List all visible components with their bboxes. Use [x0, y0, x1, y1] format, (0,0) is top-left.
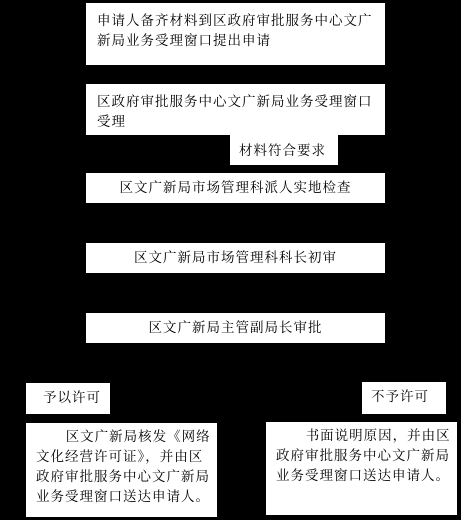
- step-initial-review-text: 区文广新局市场管理科科长初审: [134, 248, 337, 268]
- step-inspect: 区文广新局市场管理科派人实地检查: [86, 173, 385, 203]
- step-inspect-text: 区文广新局市场管理科派人实地检查: [120, 178, 352, 198]
- step-accept: 区政府审批服务中心文广新局业务受理窗口受理: [86, 84, 385, 135]
- step-apply: 申请人备齐材料到区政府审批服务中心文广新局业务受理窗口提出申请: [86, 3, 385, 65]
- branch-deny-result: 书面说明原因，并由区政府审批服务中心文广新局业务受理窗口送达申请人。: [266, 422, 457, 515]
- branch-grant-label: 予以许可: [26, 383, 110, 414]
- condition-text: 材料符合要求: [239, 143, 326, 159]
- branch-deny-label-text: 不予许可: [371, 389, 429, 405]
- step-approve: 区文广新局主管副局长审批: [86, 313, 385, 343]
- step-apply-text: 申请人备齐材料到区政府审批服务中心文广新局业务受理窗口提出申请: [97, 13, 373, 49]
- branch-grant-result-text: 区文广新局核发《网络文化经营许可证》，并由区政府审批服务中心文广新局业务受理窗口…: [36, 429, 211, 505]
- step-initial-review: 区文广新局市场管理科科长初审: [86, 243, 385, 273]
- step-accept-text: 区政府审批服务中心文广新局业务受理窗口受理: [97, 94, 373, 130]
- step-approve-text: 区文广新局主管副局长审批: [149, 318, 323, 338]
- condition-label: 材料符合要求: [230, 135, 338, 165]
- branch-grant-result: 区文广新局核发《网络文化经营许可证》，并由区政府审批服务中心文广新局业务受理窗口…: [26, 423, 217, 517]
- branch-grant-label-text: 予以许可: [43, 390, 101, 406]
- branch-deny-label: 不予许可: [362, 382, 446, 414]
- branch-deny-result-text: 书面说明原因，并由区政府审批服务中心文广新局业务受理窗口送达申请人。: [276, 428, 451, 484]
